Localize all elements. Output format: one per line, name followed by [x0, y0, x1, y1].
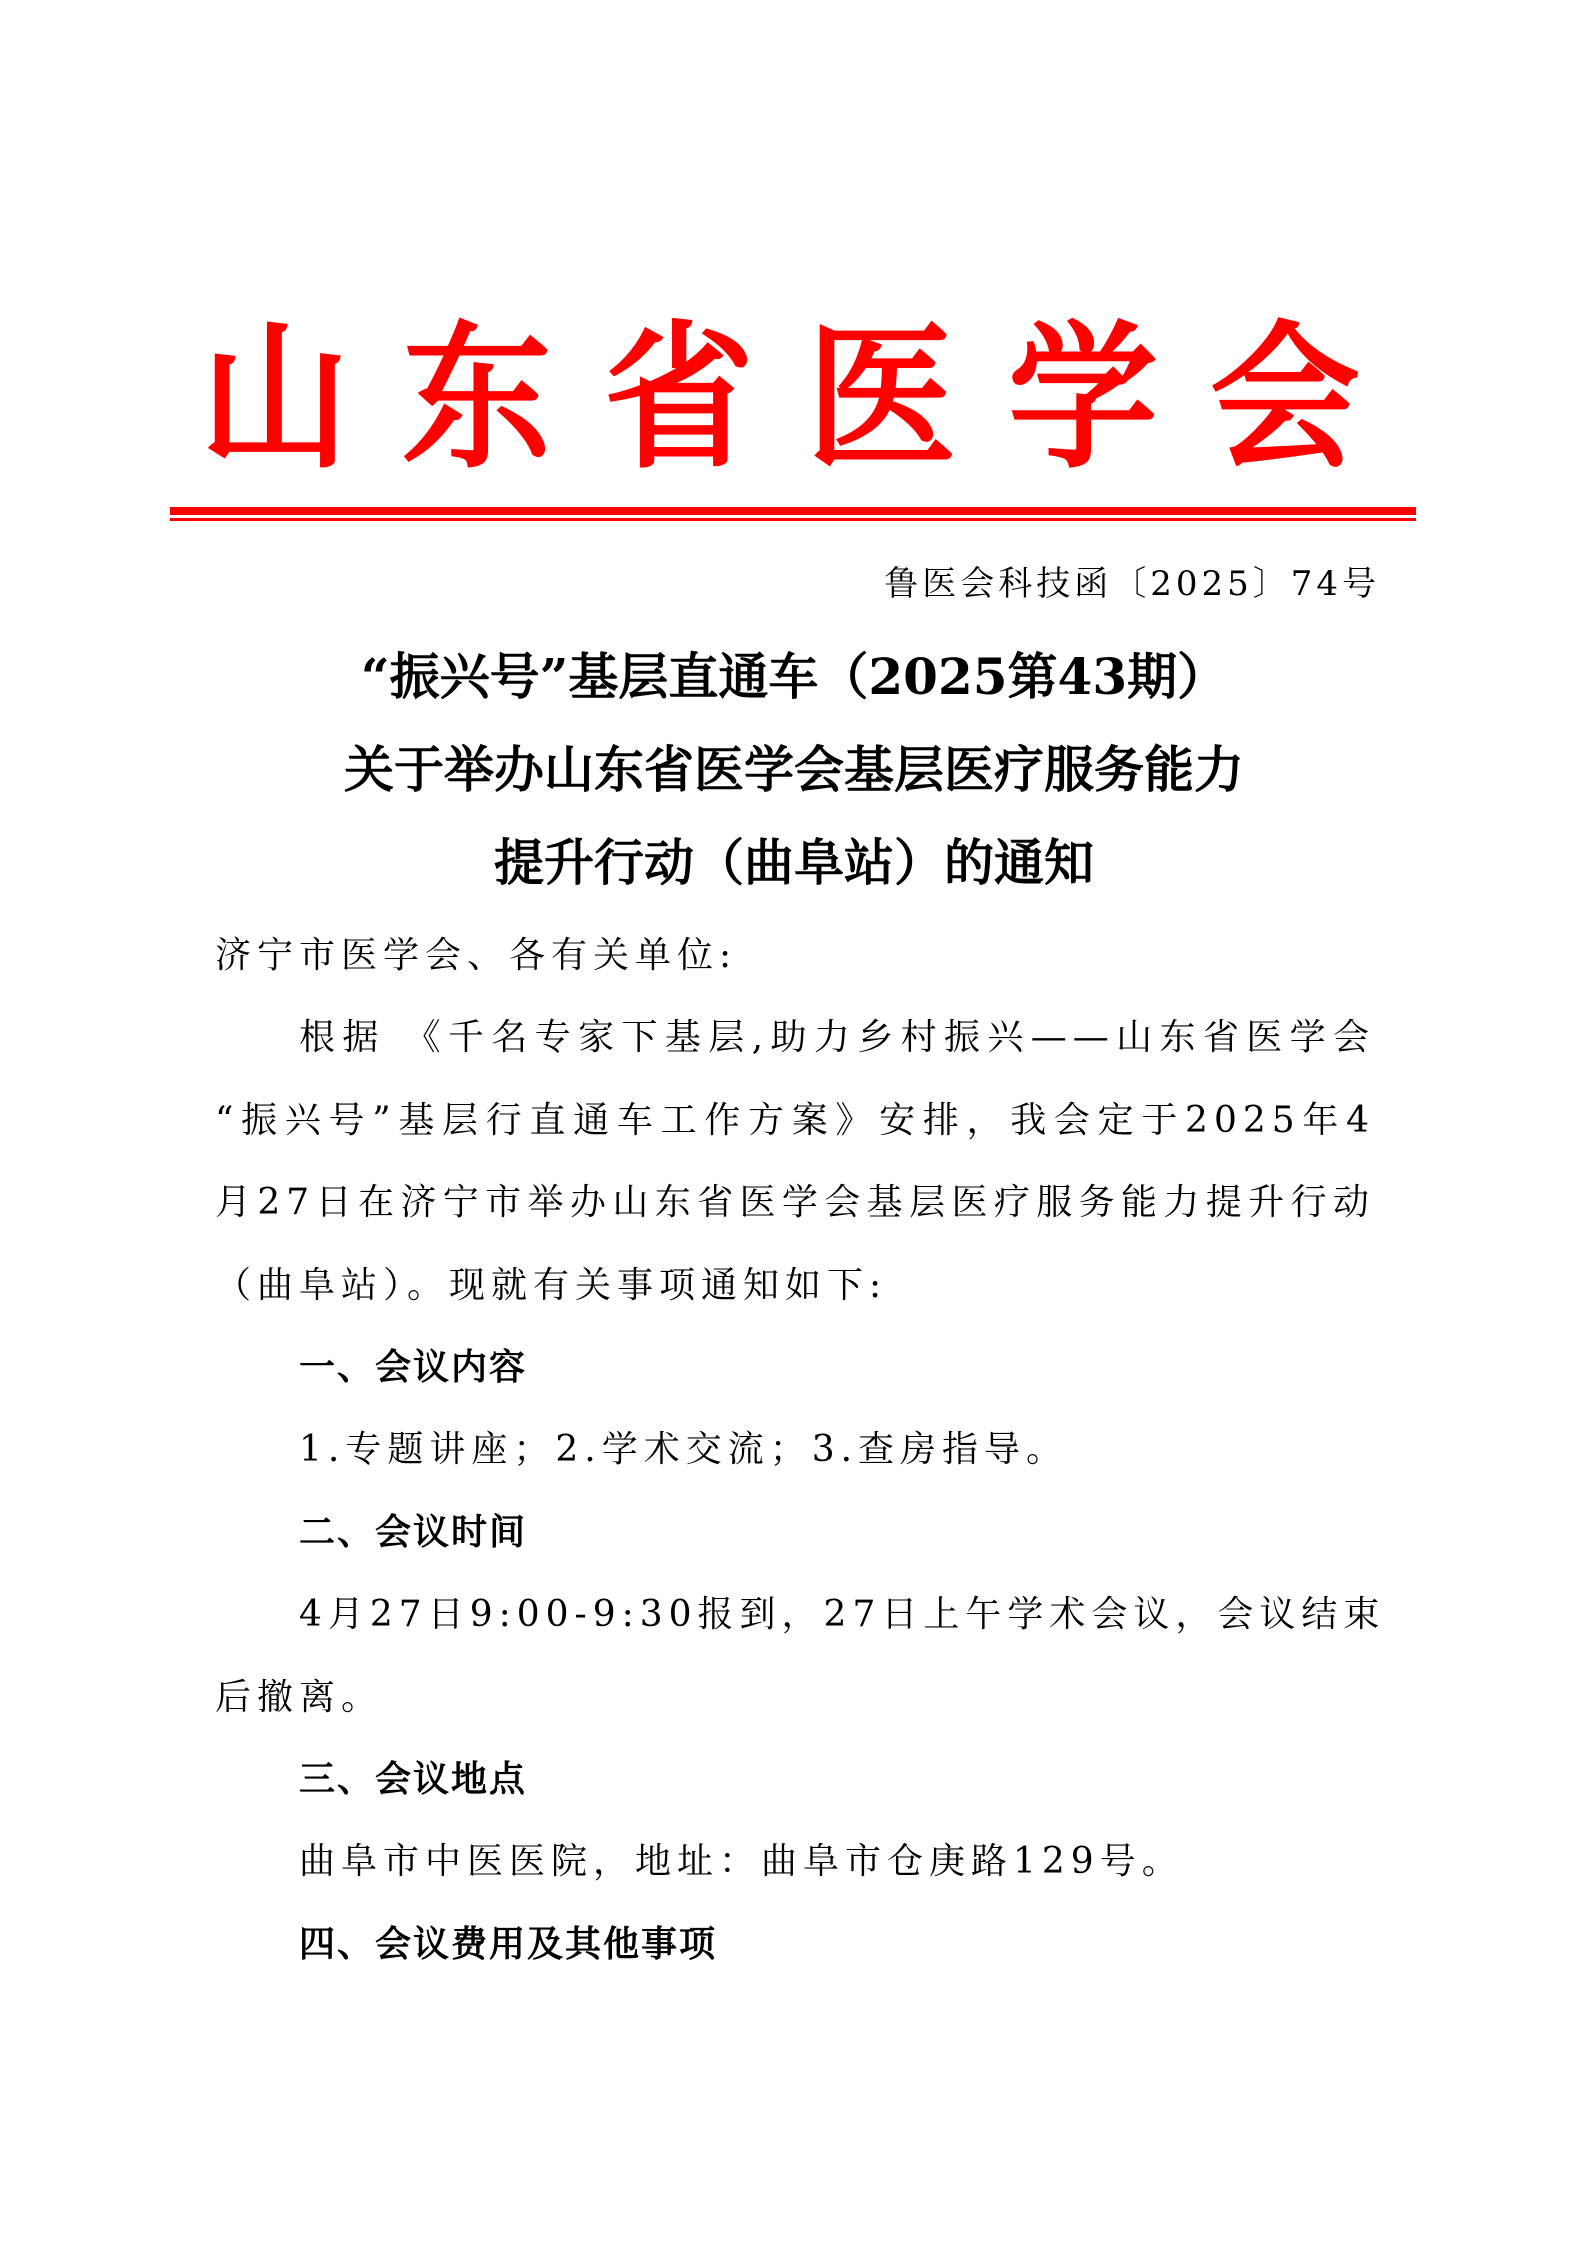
paragraph-line: （曲阜站）。现就有关事项通知如下: [215, 1245, 1375, 1327]
red-divider-thin [170, 518, 1416, 521]
salutation: 济宁市医学会、各有关单位: [215, 915, 1375, 997]
section-text: 1.专题讲座；2.学术交流；3.查房指导。 [215, 1409, 1375, 1491]
title-line: 关于举办山东省医学会基层医疗服务能力 [0, 723, 1588, 816]
masthead-char: 医 [806, 314, 956, 482]
section-heading: 四、会议费用及其他事项 [215, 1904, 1375, 1986]
masthead-char: 省 [604, 314, 754, 482]
paragraph-line: 根据 《千名专家下基层,助力乡村振兴——山东省医学会 [215, 997, 1375, 1079]
document-number: 鲁医会科技函〔2025〕74号 [884, 560, 1380, 608]
title-line: “振兴号”基层直通车（2025第43期） [0, 630, 1588, 723]
document-title: “振兴号”基层直通车（2025第43期） 关于举办山东省医学会基层医疗服务能力 … [0, 630, 1588, 909]
section-heading: 三、会议地点 [215, 1739, 1375, 1821]
section-heading: 一、会议内容 [215, 1327, 1375, 1409]
title-line: 提升行动（曲阜站）的通知 [0, 816, 1588, 909]
section-heading: 二、会议时间 [215, 1492, 1375, 1574]
masthead-char: 山 [200, 314, 350, 482]
red-divider-thick [170, 507, 1416, 515]
document-body: 济宁市医学会、各有关单位: 根据 《千名专家下基层,助力乡村振兴——山东省医学会… [215, 915, 1375, 1986]
masthead-char: 会 [1210, 314, 1360, 482]
masthead-char: 东 [402, 314, 552, 482]
section-text: 4月27日9:00-9:30报到，27日上午学术会议，会议结束 [215, 1574, 1375, 1656]
section-text: 后撤离。 [215, 1657, 1375, 1739]
masthead-char: 学 [1008, 314, 1158, 482]
section-text: 曲阜市中医医院，地址：曲阜市仓庚路129号。 [215, 1821, 1375, 1903]
masthead: 山 东 省 医 学 会 [200, 318, 1360, 478]
paragraph-line: “振兴号”基层行直通车工作方案》安排，我会定于2025年4 [215, 1080, 1375, 1162]
paragraph-line: 月27日在济宁市举办山东省医学会基层医疗服务能力提升行动 [215, 1162, 1375, 1244]
